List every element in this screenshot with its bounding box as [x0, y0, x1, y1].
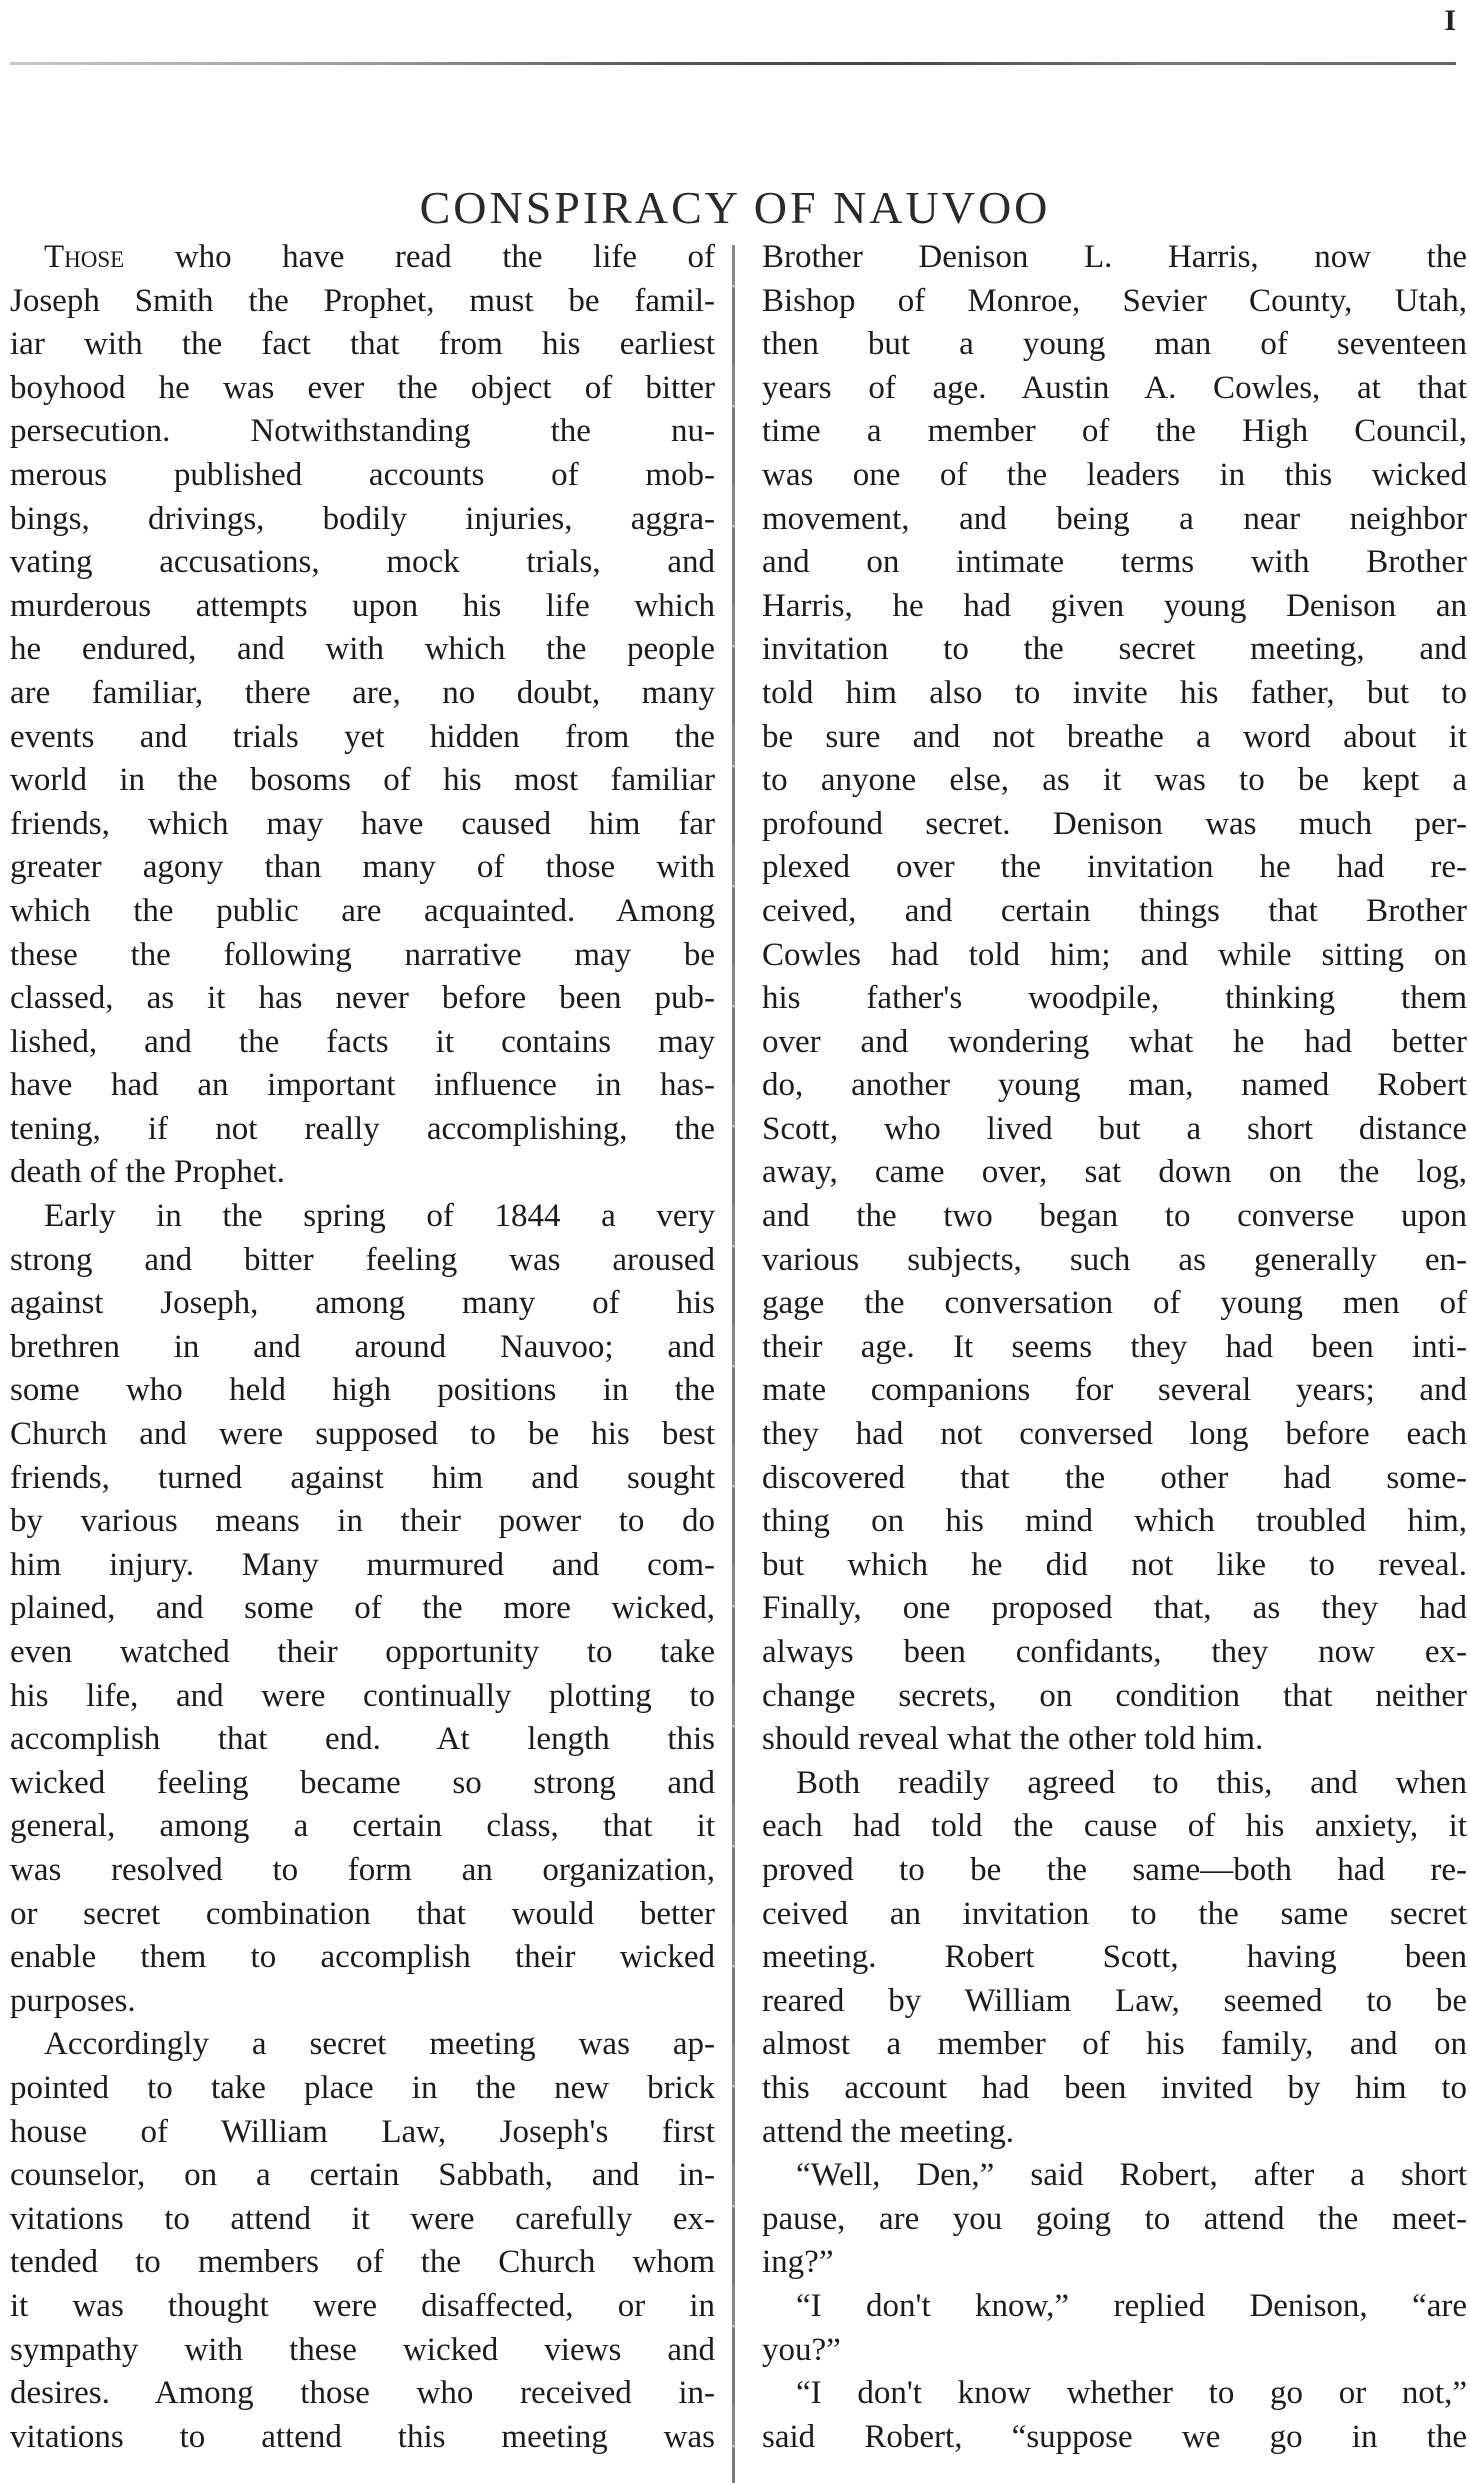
text-line: time a member of the High Council,: [762, 410, 1467, 454]
text-line: was one of the leaders in this wicked: [762, 454, 1467, 498]
text-line: these the following narrative may be: [10, 934, 715, 978]
text-line: have had an important influence in has-: [10, 1064, 715, 1108]
text-line: years of age. Austin A. Cowles, at that: [762, 367, 1467, 411]
text-line: him injury. Many murmured and com-: [10, 1544, 715, 1588]
text-line: boyhood he was ever the object of bitter: [10, 367, 715, 411]
text-line: “I don't know,” replied Denison, “are: [762, 2285, 1467, 2329]
text-line: Scott, who lived but a short distance: [762, 1108, 1467, 1152]
text-line: purposes.: [10, 1980, 715, 2024]
chapter-title: CONSPIRACY OF NAUVOO: [0, 181, 1470, 234]
text-line: house of William Law, Joseph's first: [10, 2111, 715, 2155]
column-divider: [732, 245, 735, 2483]
text-line: it was thought were disaffected, or in: [10, 2285, 715, 2329]
text-line: Bishop of Monroe, Sevier County, Utah,: [762, 280, 1467, 324]
text-line: should reveal what the other told him.: [762, 1718, 1467, 1762]
text-line: gage the conversation of young men of: [762, 1282, 1467, 1326]
text-line: plained, and some of the more wicked,: [10, 1587, 715, 1631]
text-line: ceived an invitation to the same secret: [762, 1893, 1467, 1937]
text-line: iar with the fact that from his earliest: [10, 323, 715, 367]
text-line: his father's woodpile, thinking them: [762, 977, 1467, 1021]
text-line: told him also to invite his father, but …: [762, 672, 1467, 716]
text-line: tended to members of the Church whom: [10, 2241, 715, 2285]
text-line: or secret combination that would better: [10, 1893, 715, 1937]
text-line: Early in the spring of 1844 a very: [10, 1195, 715, 1239]
text-line: away, came over, sat down on the log,: [762, 1151, 1467, 1195]
text-line: brethren in and around Nauvoo; and: [10, 1326, 715, 1370]
text-line: meeting. Robert Scott, having been: [762, 1936, 1467, 1980]
text-line: counselor, on a certain Sabbath, and in-: [10, 2154, 715, 2198]
text-line: each had told the cause of his anxiety, …: [762, 1805, 1467, 1849]
text-line: merous published accounts of mob-: [10, 454, 715, 498]
text-line: Accordingly a secret meeting was ap-: [10, 2023, 715, 2067]
text-line: Cowles had told him; and while sitting o…: [762, 934, 1467, 978]
text-line: thing on his mind which troubled him,: [762, 1500, 1467, 1544]
text-line: Harris, he had given young Denison an: [762, 585, 1467, 629]
text-line: said Robert, “suppose we go in the: [762, 2416, 1467, 2460]
text-line: Both readily agreed to this, and when: [762, 1762, 1467, 1806]
text-line: Those who have read the life of: [10, 236, 715, 280]
text-line: vitations to attend it were carefully ex…: [10, 2198, 715, 2242]
text-line: wicked feeling became so strong and: [10, 1762, 715, 1806]
text-line: strong and bitter feeling was aroused: [10, 1239, 715, 1283]
left-column: Those who have read the life ofJoseph Sm…: [10, 236, 715, 2459]
text-line: ing?”: [762, 2241, 1467, 2285]
text-line: Brother Denison L. Harris, now the: [762, 236, 1467, 280]
text-line: sympathy with these wicked views and: [10, 2329, 715, 2373]
text-line: do, another young man, named Robert: [762, 1064, 1467, 1108]
text-line: Joseph Smith the Prophet, must be famil-: [10, 280, 715, 324]
text-line: their age. It seems they had been inti-: [762, 1326, 1467, 1370]
text-line: events and trials yet hidden from the: [10, 716, 715, 760]
text-line: Church and were supposed to be his best: [10, 1413, 715, 1457]
text-line: be sure and not breathe a word about it: [762, 716, 1467, 760]
text-line: friends, turned against him and sought: [10, 1457, 715, 1501]
text-line: which the public are acquainted. Among: [10, 890, 715, 934]
text-line: world in the bosoms of his most familiar: [10, 759, 715, 803]
text-line: discovered that the other had some-: [762, 1457, 1467, 1501]
text-line: profound secret. Denison was much per-: [762, 803, 1467, 847]
text-line: death of the Prophet.: [10, 1151, 715, 1195]
text-line: enable them to accomplish their wicked: [10, 1936, 715, 1980]
text-line: are familiar, there are, no doubt, many: [10, 672, 715, 716]
text-line: various subjects, such as generally en-: [762, 1239, 1467, 1283]
text-line: against Joseph, among many of his: [10, 1282, 715, 1326]
text-line: tening, if not really accomplishing, the: [10, 1108, 715, 1152]
text-line: greater agony than many of those with: [10, 846, 715, 890]
lead-word: Those: [44, 239, 124, 275]
text-line: plexed over the invitation he had re-: [762, 846, 1467, 890]
text-line: attend the meeting.: [762, 2111, 1467, 2155]
text-line: pointed to take place in the new brick: [10, 2067, 715, 2111]
text-line: friends, which may have caused him far: [10, 803, 715, 847]
text-line: but which he did not like to reveal.: [762, 1544, 1467, 1588]
header-rule: [10, 62, 1456, 65]
text-line: his life, and were continually plotting …: [10, 1675, 715, 1719]
text-line: desires. Among those who received in-: [10, 2372, 715, 2416]
text-line: invitation to the secret meeting, and: [762, 628, 1467, 672]
text-line: pause, are you going to attend the meet-: [762, 2198, 1467, 2242]
text-line: and on intimate terms with Brother: [762, 541, 1467, 585]
text-line: change secrets, on condition that neithe…: [762, 1675, 1467, 1719]
text-line: Finally, one proposed that, as they had: [762, 1587, 1467, 1631]
text-line: reared by William Law, seemed to be: [762, 1980, 1467, 2024]
text-line: classed, as it has never before been pub…: [10, 977, 715, 1021]
text-line: “Well, Den,” said Robert, after a short: [762, 2154, 1467, 2198]
text-line: general, among a certain class, that it: [10, 1805, 715, 1849]
text-line: he endured, and with which the people: [10, 628, 715, 672]
page-number: I: [1444, 4, 1456, 38]
text-line: almost a member of his family, and on: [762, 2023, 1467, 2067]
text-line: persecution. Notwithstanding the nu-: [10, 410, 715, 454]
text-line: to anyone else, as it was to be kept a: [762, 759, 1467, 803]
text-line: murderous attempts upon his life which: [10, 585, 715, 629]
text-line: some who held high positions in the: [10, 1369, 715, 1413]
text-line: they had not conversed long before each: [762, 1413, 1467, 1457]
text-line: this account had been invited by him to: [762, 2067, 1467, 2111]
text-line: by various means in their power to do: [10, 1500, 715, 1544]
text-line: vating accusations, mock trials, and: [10, 541, 715, 585]
text-line: even watched their opportunity to take: [10, 1631, 715, 1675]
text-line: then but a young man of seventeen: [762, 323, 1467, 367]
text-line: always been confidants, they now ex-: [762, 1631, 1467, 1675]
text-line: ceived, and certain things that Brother: [762, 890, 1467, 934]
text-line: lished, and the facts it contains may: [10, 1021, 715, 1065]
text-line: and the two began to converse upon: [762, 1195, 1467, 1239]
text-line: vitations to attend this meeting was: [10, 2416, 715, 2460]
text-line: accomplish that end. At length this: [10, 1718, 715, 1762]
text-line: bings, drivings, bodily injuries, aggra-: [10, 498, 715, 542]
text-line: proved to be the same—both had re-: [762, 1849, 1467, 1893]
right-column: Brother Denison L. Harris, now theBishop…: [762, 236, 1467, 2459]
text-line: movement, and being a near neighbor: [762, 498, 1467, 542]
text-line: you?”: [762, 2329, 1467, 2373]
text-line: over and wondering what he had better: [762, 1021, 1467, 1065]
text-line: mate companions for several years; and: [762, 1369, 1467, 1413]
text-line: “I don't know whether to go or not,”: [762, 2372, 1467, 2416]
text-line: was resolved to form an organization,: [10, 1849, 715, 1893]
